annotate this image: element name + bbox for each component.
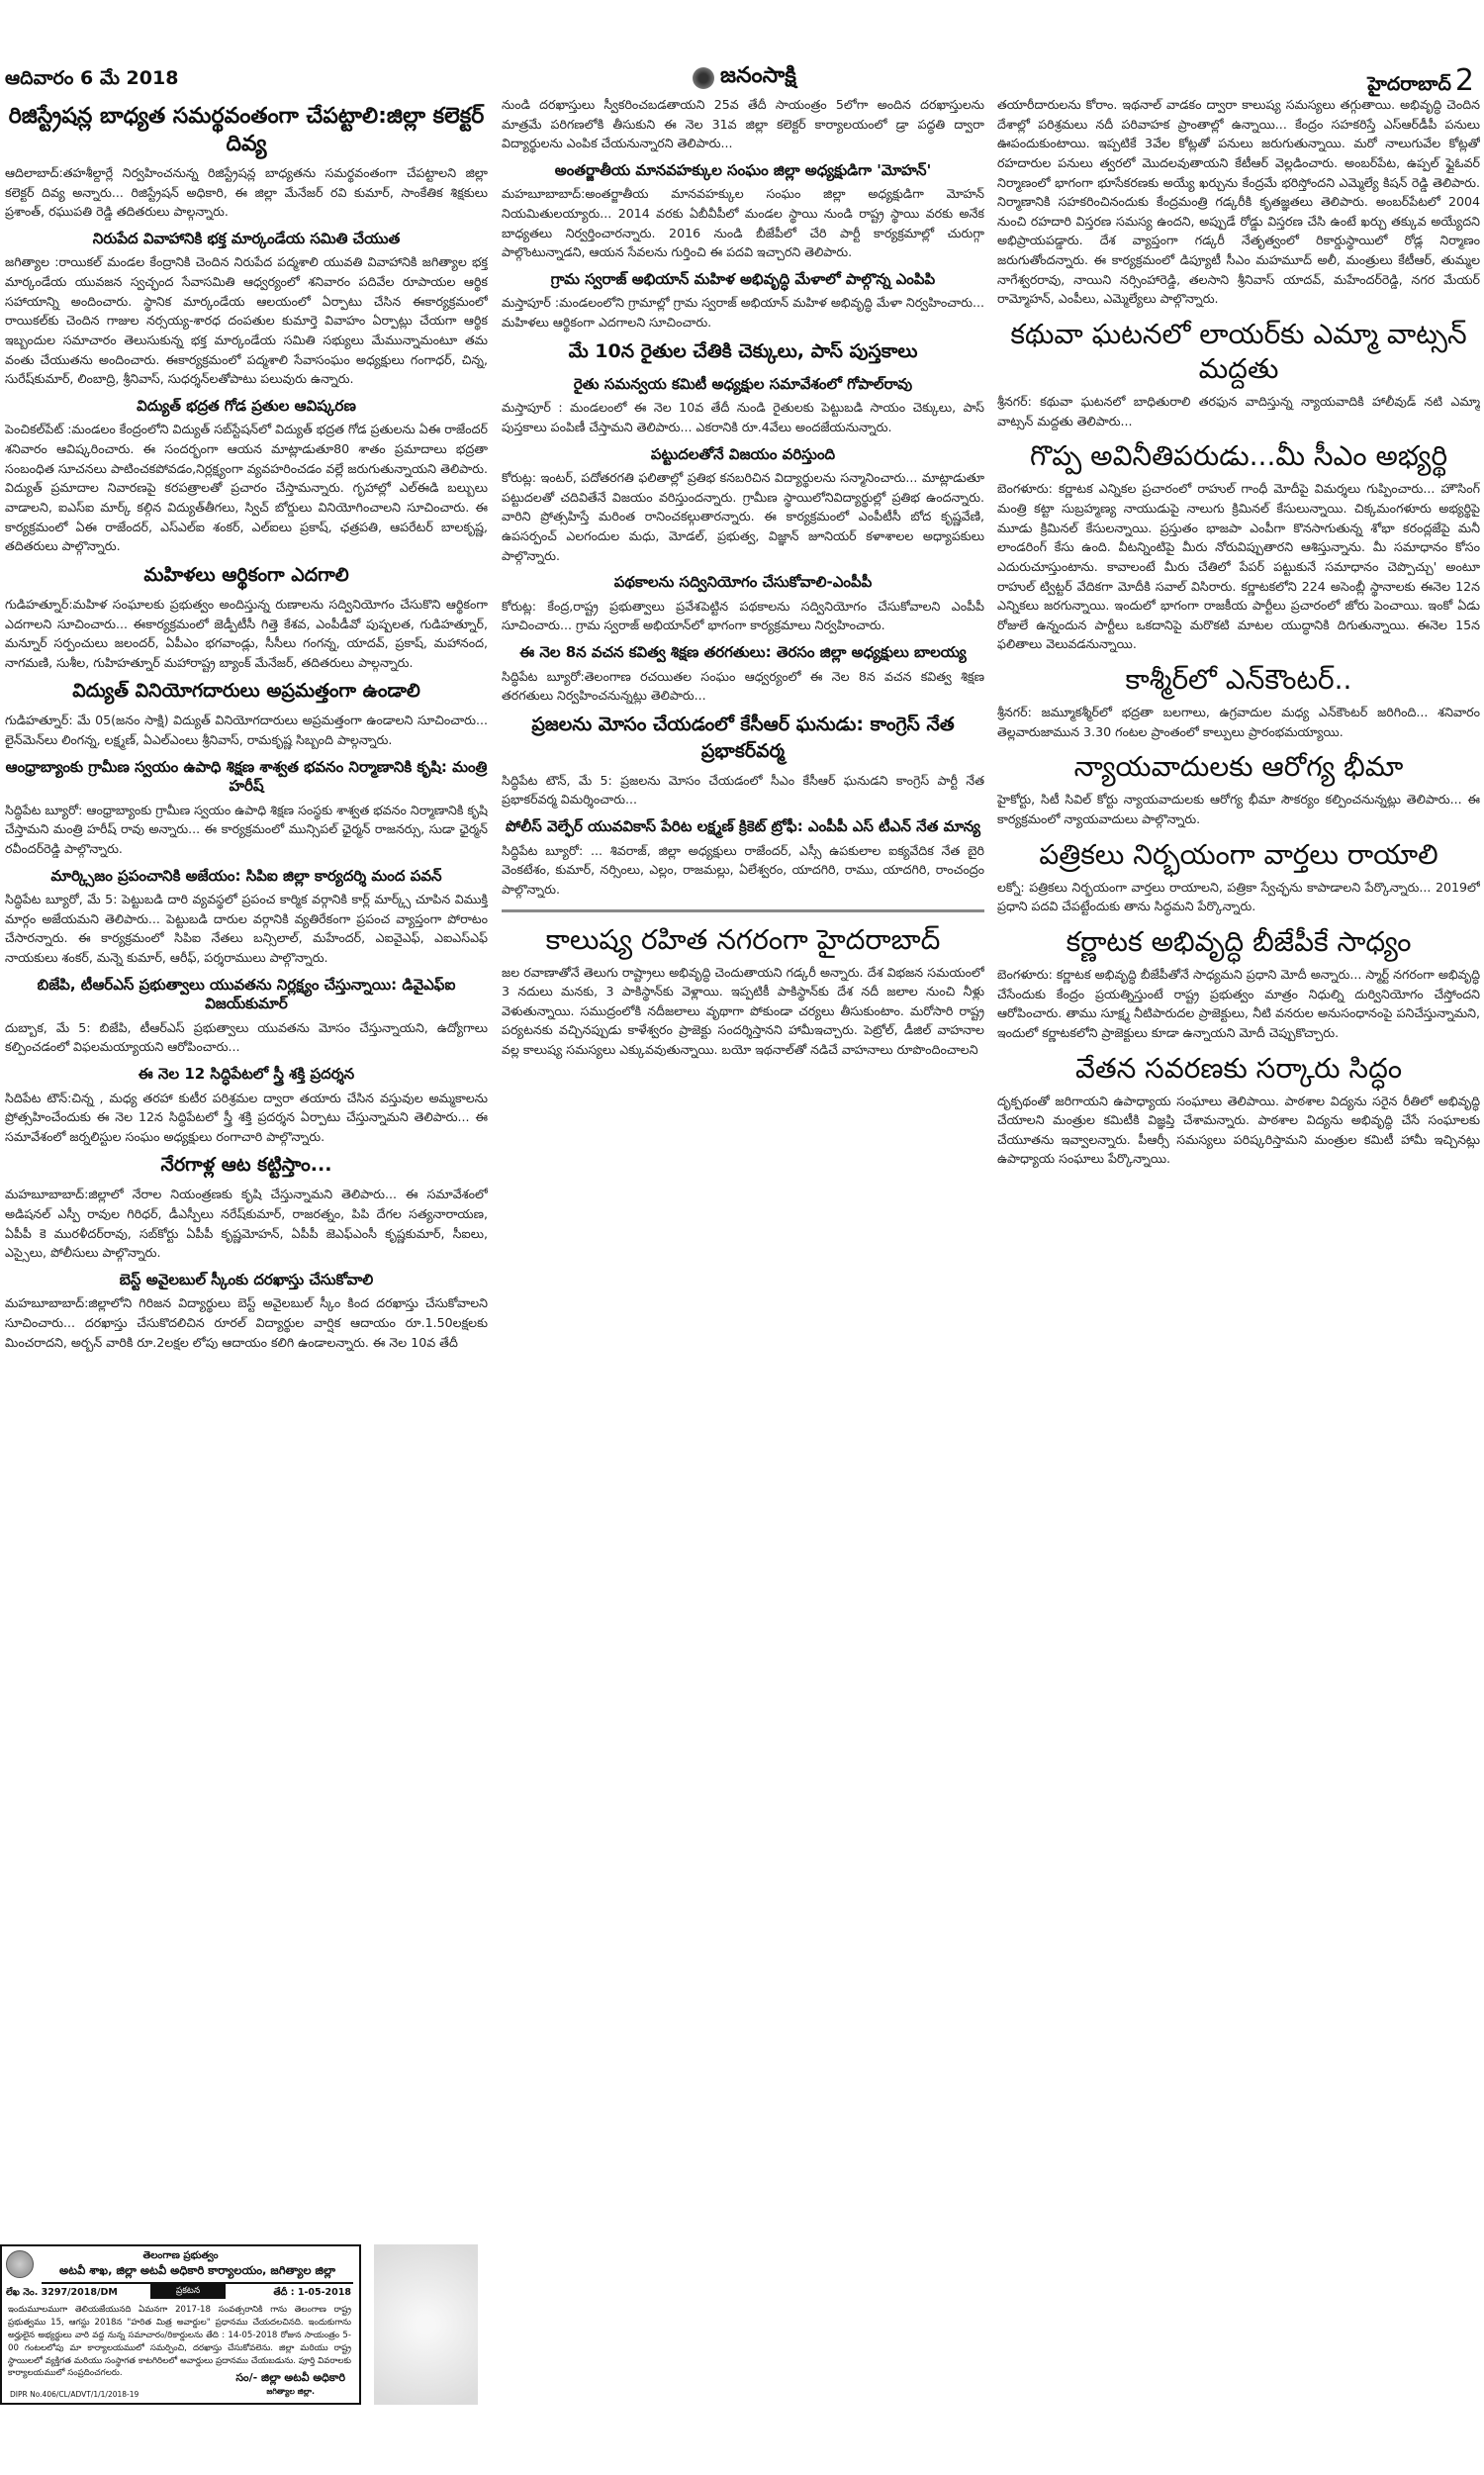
section-divider xyxy=(502,909,984,912)
lead-body: ఆదిలాబాద్:తహశీల్దార్లే నిర్వహించనున్న రి… xyxy=(5,163,488,222)
story-headline: గ్రామ స్వరాజ్ అభియాన్ మహిళ అభివృద్ధి మేళ… xyxy=(502,270,984,290)
story-headline: విద్యుత్ వినియోగదారులు అప్రమత్తంగా ఉండాల… xyxy=(5,680,488,707)
story-body: మహబూబాబాద్:జిల్లాలో నేరాల నియంత్రణకు కృష… xyxy=(5,1185,488,1263)
column-left: రిజిస్ట్రేషన్ల బాధ్యత సమర్థవంతంగా చేపట్ట… xyxy=(5,95,488,2435)
ad-signatory: సం/- జిల్లా అటవీ అధికారి జగిత్యాల జిల్లా… xyxy=(235,2371,345,2398)
story-body: సిద్ధిపేట బ్యూరో: ... శివరాజ్, జిల్లా అధ… xyxy=(502,841,984,900)
story-body: మస్తాపూర్ : మండలంలో ఈ నెల 10వ తేదీ నుండి… xyxy=(502,398,984,436)
story-body: మహబూబాబాద్:జిల్లాలోని గిరిజన విద్యార్థుల… xyxy=(5,1293,488,1352)
story-body: లక్నో: పత్రికలు నిర్భయంగా వార్తలు రాయాలన… xyxy=(997,878,1480,916)
story-body: గుడిహత్నూర్: మే 05(జనం సాక్షి) విద్యుత్ … xyxy=(5,711,488,749)
story-headline: బెస్ట్ అవైలబుల్ స్కీంకు దరఖాస్తు చేసుకోవ… xyxy=(5,1271,488,1290)
story-body: గుడిహత్నూర్:మహిళ సంఘాలకు ప్రభుత్వం అందిస… xyxy=(5,595,488,673)
story-body: శ్రీనగర్: జమ్మూకశ్మీర్‌లో భద్రతా బలగాలు,… xyxy=(997,703,1480,741)
story-body: తయారీదారులను కోరాం. ఇథనాల్ వాడకం ద్వారా … xyxy=(997,95,1480,309)
story-body: దుబ్బాక, మే 5: బిజేపి, టీఆర్ఎస్ ప్రభుత్వ… xyxy=(5,1018,488,1057)
ad-department: అటవీ శాఖ, జిల్లా అటవీ అధికారి కార్యాలయం,… xyxy=(42,2263,353,2284)
story-body: జగిత్యాల :రాయికల్ మండల కేంద్రానికి చెంది… xyxy=(5,252,488,388)
story-headline: నేరగాళ్ల ఆట కట్టిస్తాం... xyxy=(5,1154,488,1181)
story-headline: కాశ్మీర్‌లో ఎన్‌కౌంటర్.. xyxy=(997,662,1480,697)
ad-body: ఇందుమూలముగా తెలియజేయునది ఏమనగా 2017-18 స… xyxy=(8,2304,351,2380)
story-body: కోరుట్ల: ఇంటర్, పదోతరగతి ఫలితాల్లో ప్రతి… xyxy=(502,468,984,565)
story-headline: మే 10న రైతుల చేతికి చెక్కులు, పాస్ పుస్త… xyxy=(502,340,984,367)
story-headline: కర్ణాటక అభివృద్ధి బీజేపీకే సాధ్యం xyxy=(997,924,1480,959)
story-body: సిద్ధిపేట బ్యూరో:తెలంగాణ రచయితల సంఘం ఆధ్… xyxy=(502,667,984,706)
ad-signatory-name: సం/- జిల్లా అటవీ అధికారి xyxy=(235,2371,345,2384)
story-body: దృక్పథంతో జరిగాయని ఉపాధ్యాయ సంఘాలు తెలిప… xyxy=(997,1092,1480,1170)
column-right: తయారీదారులను కోరాం. ఇథనాల్ వాడకం ద్వారా … xyxy=(997,95,1480,2435)
ad-dipr-number: DIPR No.406/CL/ADVT/1/1/2018-19 xyxy=(10,2390,139,2399)
story-headline: గొప్ప అవినీతిపరుడు...మీ సీఎం అభ్యర్థి xyxy=(997,438,1480,473)
story-headline: ప్రజలను మోసం చేయడంలో కేసీఆర్ ఘనుడు: కాంగ… xyxy=(502,714,984,767)
story-headline: వేతన సవరణకు సర్కారు సిద్ధం xyxy=(997,1051,1480,1086)
ad-reference: లేఖ నెం. 3297/2018/DM xyxy=(6,2287,118,2300)
blank-ad-placeholder xyxy=(374,2244,478,2405)
column-middle: నుండి దరఖాస్తులు స్వీకరించబడతాయని 25వ తే… xyxy=(502,95,984,2435)
ad-government: తెలంగాణ ప్రభుత్వం xyxy=(2,2249,359,2263)
ad-date: తేదీ : 1-05-2018 xyxy=(273,2287,351,2300)
logo-text: జనంసాక్షి xyxy=(720,63,796,93)
story-headline: అంతర్జాతీయ మానవహక్కుల సంఘం జిల్లా అధ్యక్… xyxy=(502,161,984,181)
masthead: ఆదివారం 6 మే 2018 జనంసాక్షి హైదరాబాద్2 xyxy=(0,61,1484,95)
story-body: సిద్ధిపేట టౌన్, మే 5: ప్రజలను మోసం చేయడం… xyxy=(502,771,984,809)
story-headline: పత్రికలు నిర్భయంగా వార్తలు రాయాలి xyxy=(997,837,1480,872)
story-body: సిద్ధిపేట బ్యూరో: ఆంధ్రాబ్యాంకు గ్రామీణ … xyxy=(5,801,488,859)
logo-emblem-icon xyxy=(693,67,714,89)
story-headline: ఈ నెల 8న వచన కవిత్వ శిక్షణ తరగతులు: తెరస… xyxy=(502,643,984,663)
story-headline: న్యాయవాదులకు ఆరోగ్య భీమా xyxy=(997,749,1480,784)
story-headline: మార్క్సిజం ప్రపంచానికి అజేయం: సిపిఐ జిల్… xyxy=(5,867,488,887)
story-body: మస్తాపూర్ :మండలంలోని గ్రామాల్లో గ్రామ స్… xyxy=(502,293,984,332)
story-headline: పోలీస్ వెల్ఫేర్ యువవికాస్ పేరిట లక్ష్మణ్… xyxy=(502,817,984,837)
story-headline: ఈ నెల 12 సిద్ధిపేటలో స్త్రీ శక్తి ప్రదర్… xyxy=(5,1065,488,1085)
story-body: సిదిపేట టౌన్:చిన్న , మధ్య తరహా కుటీర పరి… xyxy=(5,1089,488,1147)
story-body: మహబూబాబాద్:అంతర్జాతీయ మానవహక్కుల సంఘం జి… xyxy=(502,184,984,262)
story-body: బెంగళూరు: కర్ణాటక ఎన్నికల ప్రచారంలో రాహు… xyxy=(997,479,1480,654)
ad-signatory-place: జగిత్యాల జిల్లా. xyxy=(235,2387,345,2398)
story-headline: కాలుష్య రహిత నగరంగా హైదరాబాద్ xyxy=(502,922,984,957)
story-body: శ్రీనగర్: కథువా ఘటనలో బాధితురాలి తరఫున వ… xyxy=(997,392,1480,430)
edition-name: హైదరాబాద్ xyxy=(1367,73,1451,95)
story-headline: మహిళలు ఆర్థికంగా ఎదగాలి xyxy=(5,564,488,591)
story-headline: కథువా ఘటనలో లాయర్‌కు ఎమ్మా వాట్సన్ మద్దత… xyxy=(997,317,1480,386)
story-body: బెంగళూరు: కర్ణాటక అభివృద్ధి బీజేపీతోనే స… xyxy=(997,965,1480,1043)
story-body: పెంచికల్‌పేట్ :మండలం కేంద్రంలోని విద్యుత… xyxy=(5,420,488,555)
government-notice-ad: తెలంగాణ ప్రభుత్వం అటవీ శాఖ, జిల్లా అటవీ … xyxy=(0,2244,361,2405)
newspaper-logo: జనంసాక్షి xyxy=(693,63,796,93)
story-body: హైకోర్టు, సిటీ సివిల్ కోర్టు న్యాయవాదులక… xyxy=(997,790,1480,828)
story-body: జల రవాణాతోనే తెలుగు రాష్ట్రాలు అభివృద్ధి… xyxy=(502,963,984,1060)
issue-date: ఆదివారం 6 మే 2018 xyxy=(5,67,178,94)
story-subheadline: రైతు సమన్వయ కమిటీ అధ్యక్షుల సమావేశంలో గో… xyxy=(502,375,984,395)
story-headline: పట్టుదలతోనే విజయం వరిస్తుంది xyxy=(502,445,984,465)
story-body: సిద్ధిపేట బ్యూరో, మే 5: పెట్టుబడి దారి వ… xyxy=(5,890,488,968)
story-headline: విద్యుత్ భద్రత గోడ ప్రతుల ఆవిష్కరణ xyxy=(5,397,488,417)
story-headline: నిరుపేద వివాహానికి భక్త మార్కండేయ సమితి … xyxy=(5,230,488,249)
lead-headline: రిజిస్ట్రేషన్ల బాధ్యత సమర్థవంతంగా చేపట్ట… xyxy=(5,103,488,157)
story-body: నుండి దరఖాస్తులు స్వీకరించబడతాయని 25వ తే… xyxy=(502,95,984,153)
ad-notice-label: ప్రకటన xyxy=(150,2284,226,2299)
story-headline: పథకాలను సద్వినియోగం చేసుకోవాలి-ఎంపీపీ xyxy=(502,573,984,593)
page-number: 2 xyxy=(1455,63,1474,98)
story-headline: ఆంధ్రాబ్యాంకు గ్రామీణ స్వయం ఉపాధి శిక్షణ… xyxy=(5,758,488,797)
story-body: కోరుట్ల: కేంద్ర,రాష్ట్ర ప్రభుత్వాలు ప్రవ… xyxy=(502,597,984,635)
story-headline: బిజేపి, టీఆర్ఎస్ ప్రభుత్వాలు యువతను నిర్… xyxy=(5,976,488,1014)
